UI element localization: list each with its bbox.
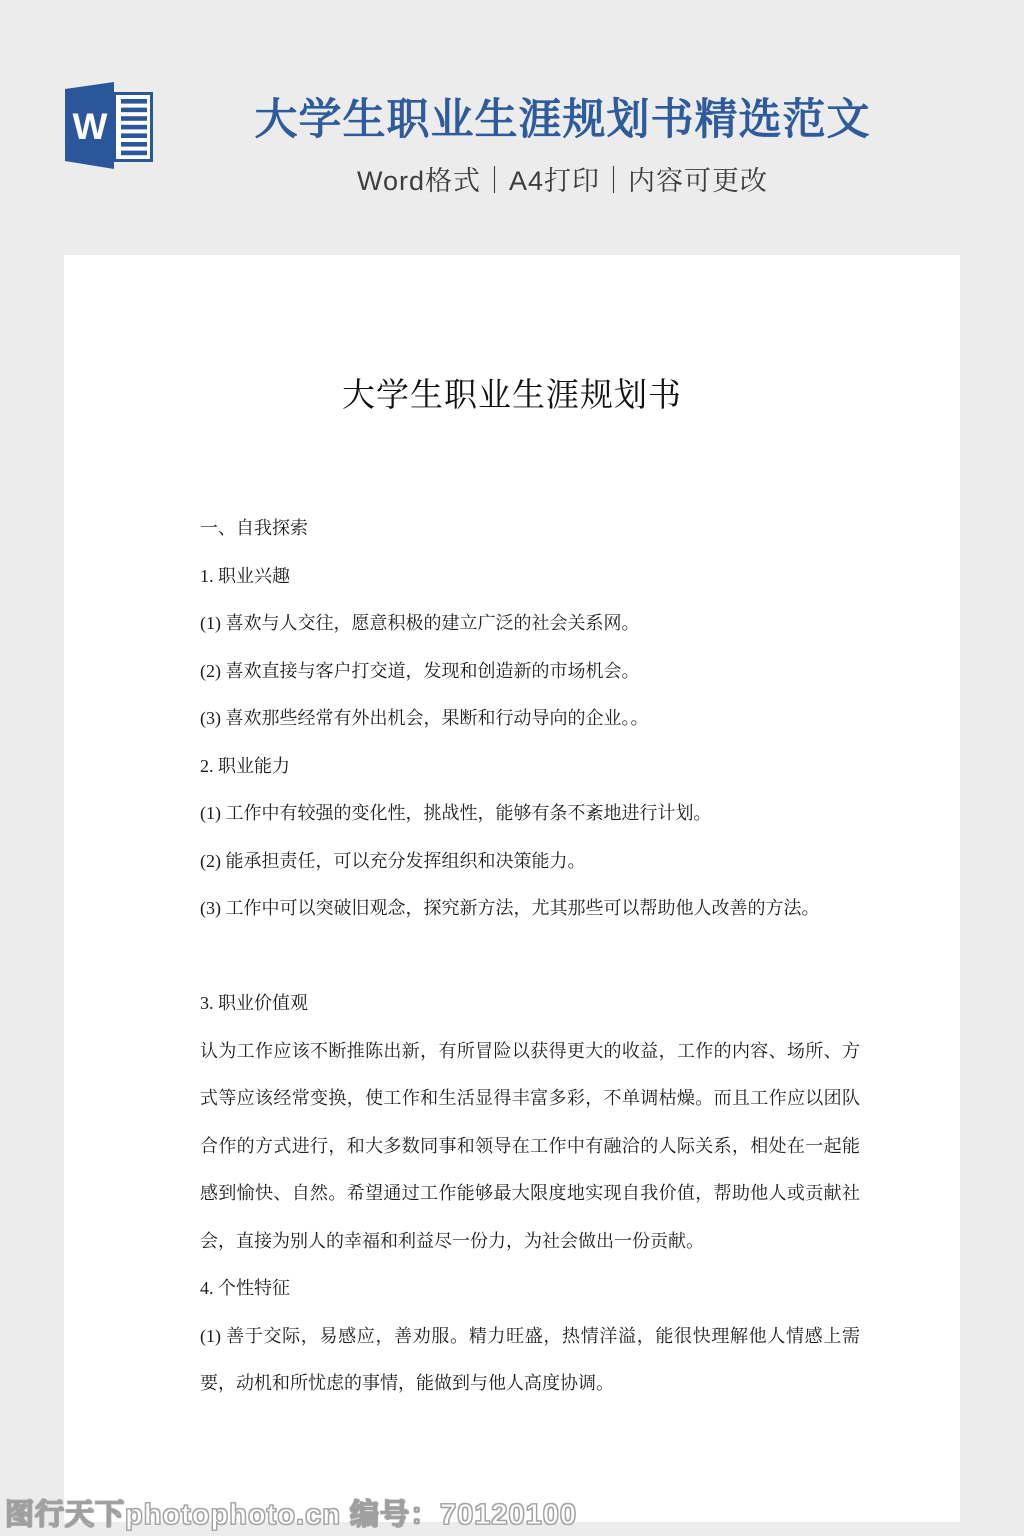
paragraph: (1) 喜欢与人交往，愿意积极的建立广泛的社会关系网。 bbox=[200, 600, 860, 648]
document-title: 大学生职业生涯规划书 bbox=[64, 255, 960, 416]
watermark-text: 图行天下photophoto.cn 编号：70120100 bbox=[5, 1492, 577, 1533]
paragraph: (1) 工作中有较强的变化性，挑战性，能够有条不紊地进行计划。 bbox=[200, 790, 860, 838]
paragraph: 1. 职业兴趣 bbox=[200, 553, 860, 601]
page-header: W 大学生职业生涯规划书精选范文 Word格式｜A4打印｜内容可更改 bbox=[0, 0, 1024, 255]
header-subtitle: Word格式｜A4打印｜内容可更改 bbox=[175, 159, 950, 198]
paragraph: (1) 善于交际，易感应，善劝服。精力旺盛，热情洋溢，能很快理解他人情感上需要，… bbox=[200, 1313, 860, 1408]
paragraph: 一、自我探索 bbox=[200, 505, 860, 553]
paragraph: 认为工作应该不断推陈出新，有所冒险以获得更大的收益，工作的内容、场所、方式等应该… bbox=[200, 1028, 860, 1266]
header-title: 大学生职业生涯规划书精选范文 bbox=[175, 97, 950, 144]
document-body: 一、自我探索1. 职业兴趣(1) 喜欢与人交往，愿意积极的建立广泛的社会关系网。… bbox=[64, 505, 960, 1408]
paragraph: (3) 工作中可以突破旧观念，探究新方法，尤其那些可以帮助他人改善的方法。 bbox=[200, 885, 860, 933]
paragraph: 2. 职业能力 bbox=[200, 743, 860, 791]
paragraph: (2) 能承担责任，可以充分发挥组织和决策能力。 bbox=[200, 838, 860, 886]
paragraph bbox=[200, 933, 860, 981]
paragraph: 3. 职业价值观 bbox=[200, 980, 860, 1028]
paragraph: (2) 喜欢直接与客户打交道，发现和创造新的市场机会。 bbox=[200, 648, 860, 696]
paragraph: (3) 喜欢那些经常有外出机会，果断和行动导向的企业。。 bbox=[200, 695, 860, 743]
word-letter-w: W bbox=[73, 106, 108, 147]
word-logo-icon: W bbox=[63, 82, 155, 172]
document-page: 大学生职业生涯规划书 一、自我探索1. 职业兴趣(1) 喜欢与人交往，愿意积极的… bbox=[64, 255, 960, 1522]
paragraph: 4. 个性特征 bbox=[200, 1265, 860, 1313]
header-text-block: 大学生职业生涯规划书精选范文 Word格式｜A4打印｜内容可更改 bbox=[175, 97, 950, 198]
